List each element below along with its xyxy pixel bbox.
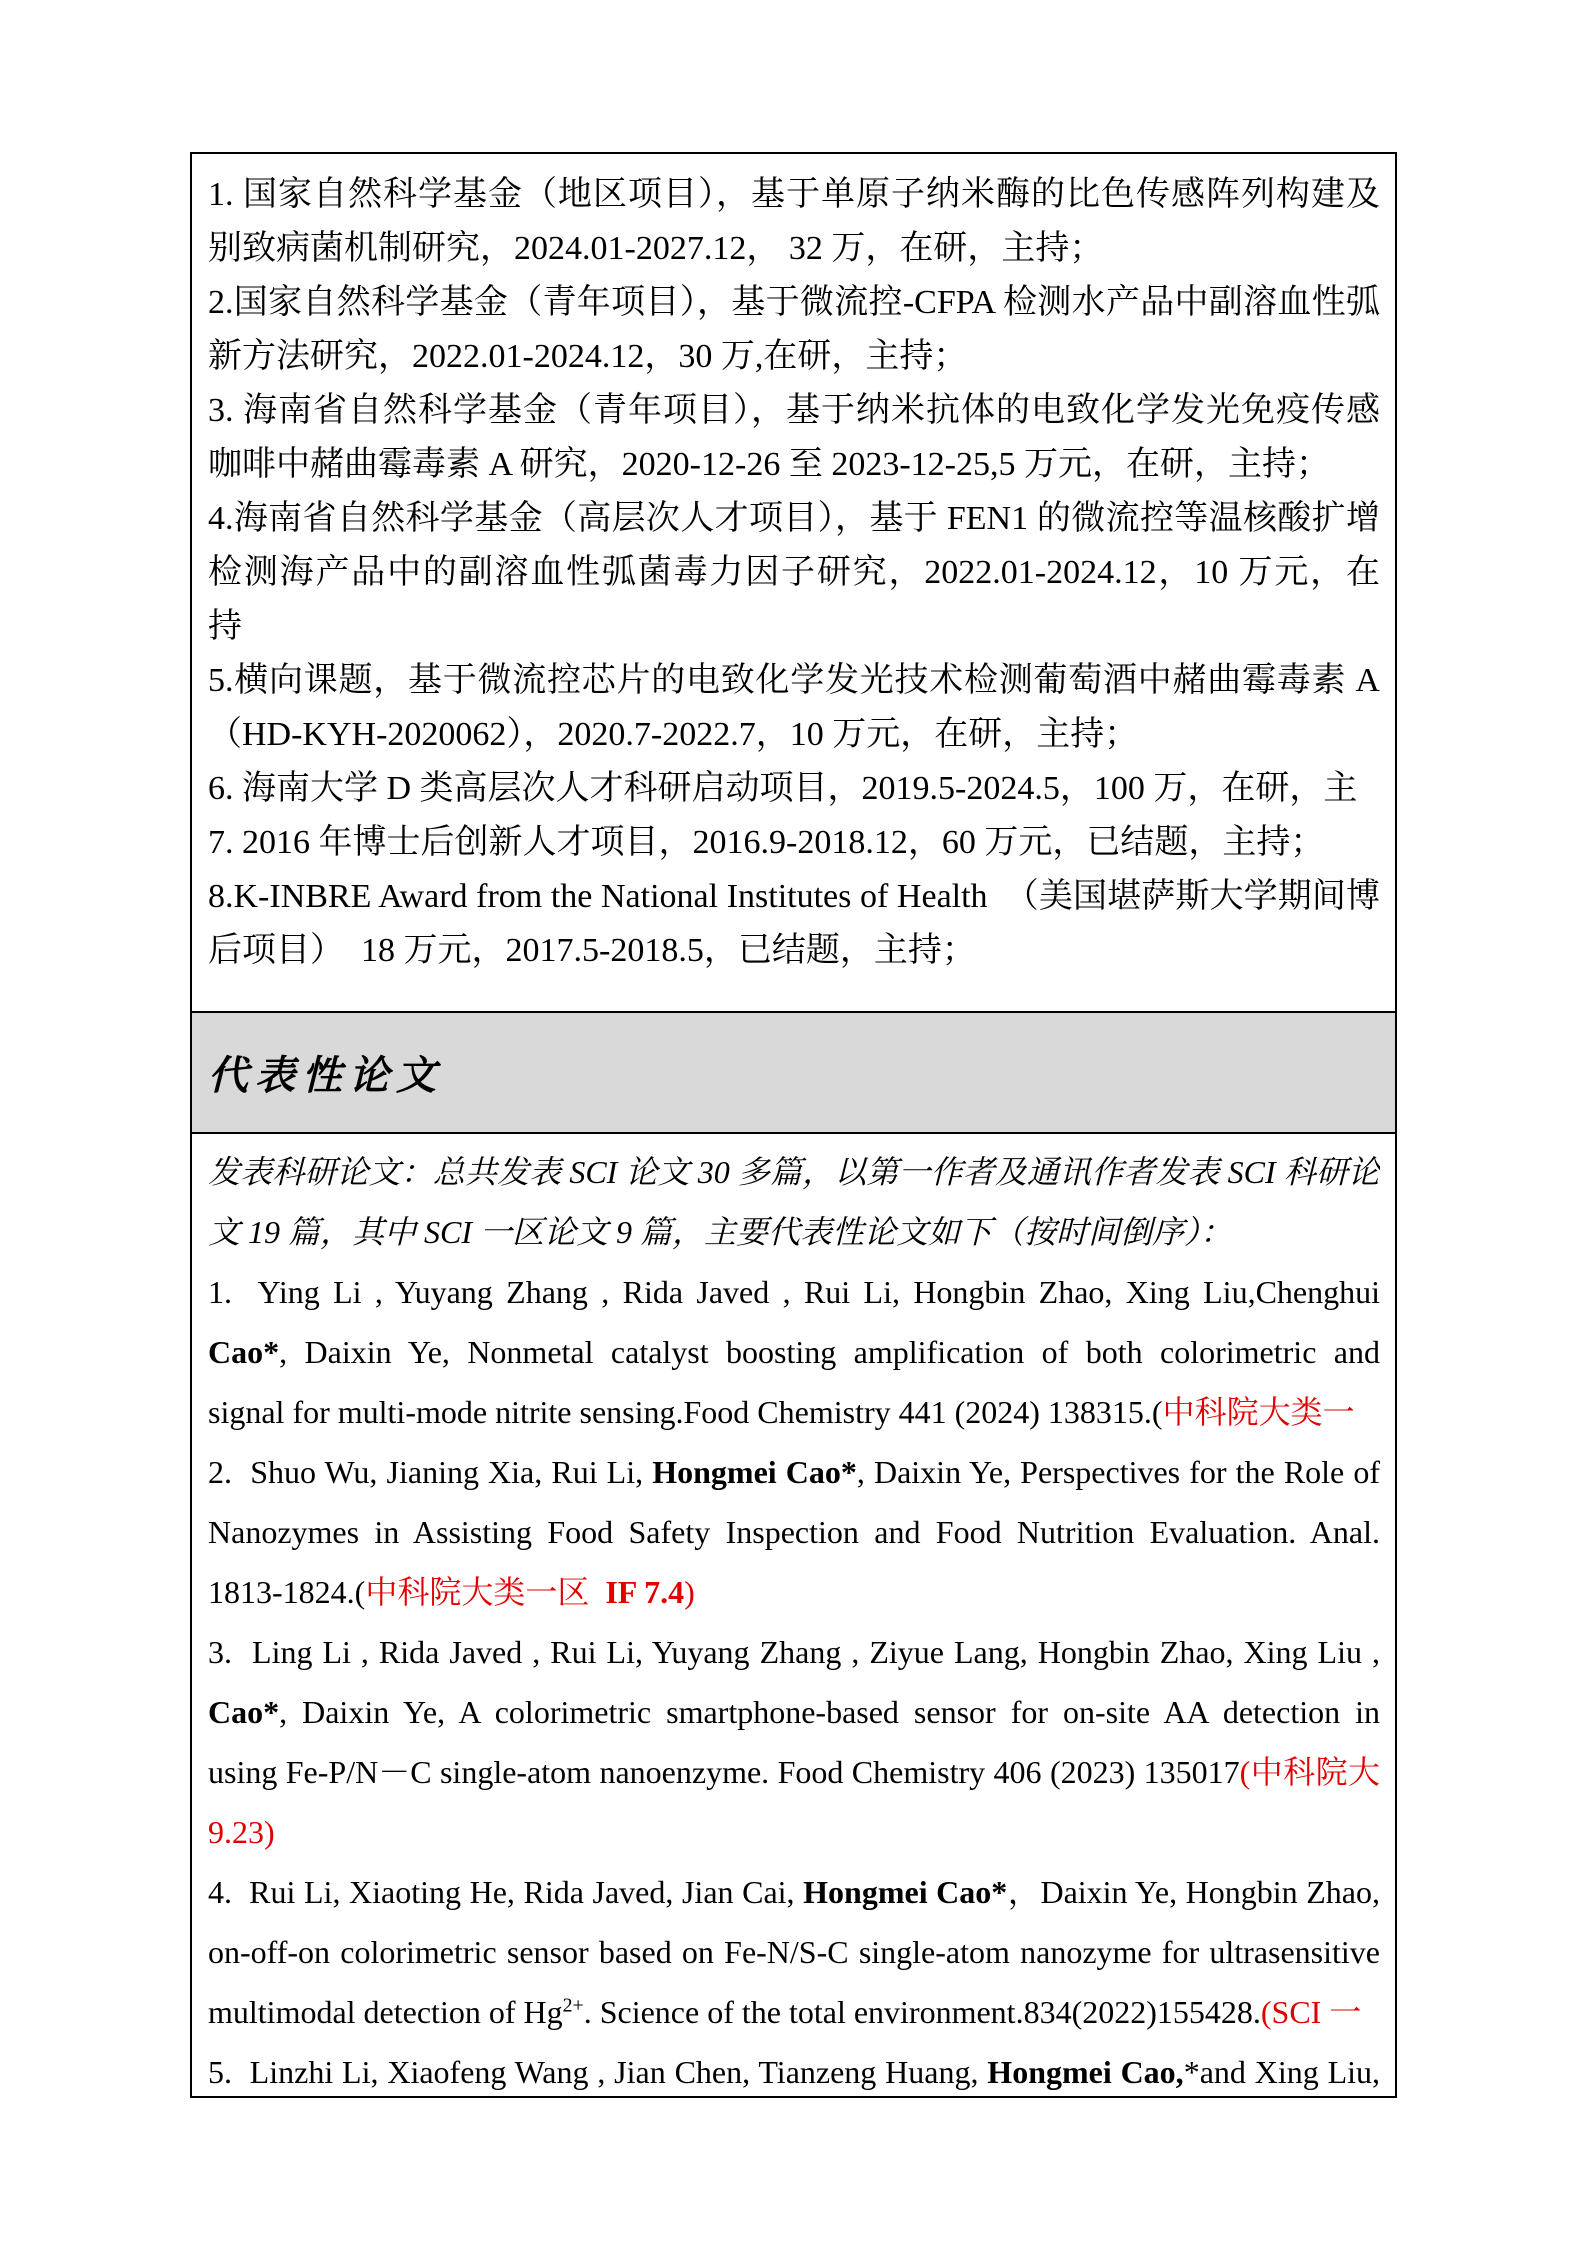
text-line: Cao*, Daixin Ye, Nonmetal catalyst boost… [208, 1322, 1380, 1382]
text-segment: Hongmei Cao, [987, 2054, 1183, 2090]
text-segment: 6. 海南大学 D 类高层次人才科研启动项目，2019.5-2024.5，100… [208, 770, 1357, 816]
text-segment: 3. Ling Li , Rida Javed , Rui Li, Yuyang… [208, 1634, 1380, 1670]
text-line: 8.K-INBRE Award from the National Instit… [208, 870, 1380, 924]
text-segment: 2. Shuo Wu, Jianing Xia, Rui Li, [208, 1454, 652, 1490]
text-segment: 文 19 篇，其中 SCI 一区论文 9 篇，主要代表性论文如下（按时间倒序）： [208, 1214, 1232, 1250]
text-segment: using Fe-P/N－C single-atom nanoenzyme. F… [208, 1754, 1240, 1790]
text-line: 2.国家自然科学基金（青年项目），基于微流控-CFPA 检测水产品中副溶血性弧菌… [208, 276, 1380, 330]
text-segment: 8.K-INBRE Award from the National Instit… [208, 878, 1380, 924]
text-line: 咖啡中赭曲霉毒素 A 研究，2020-12-26 至 2023-12-25,5 … [208, 438, 1380, 492]
text-segment: 2+ [563, 1994, 584, 2016]
text-segment: 1813-1824.( [208, 1574, 365, 1610]
text-line: Nanozymes in Assisting Food Safety Inspe… [208, 1502, 1380, 1562]
text-line: 1. 国家自然科学基金（地区项目），基于单原子纳米酶的比色传感阵列构建及精准识 [208, 168, 1380, 222]
text-segment: 1. 国家自然科学基金（地区项目），基于单原子纳米酶的比色传感阵列构建及精准识 [208, 176, 1380, 222]
text-segment: 3. 海南省自然科学基金（青年项目），基于纳米抗体的电致化学发光免疫传感器检测 [208, 392, 1380, 438]
text-segment: Hongmei Cao* [803, 1874, 1007, 1910]
text-segment: , Daixin Ye, A colorimetric smartphone-b… [208, 1694, 1380, 1742]
text-line: 后项目） 18 万元，2017.5-2018.5，已结题，主持； [208, 924, 1380, 978]
text-segment: 发表科研论文：总共发表 SCI 论文 30 多篇，以第一作者及通讯作者发表 SC… [208, 1154, 1380, 1190]
text-segment: 5. Linzhi Li, Xiaofeng Wang , Jian Chen,… [208, 2054, 987, 2090]
text-segment: . Science of the total environment.834(2… [584, 1994, 1261, 2030]
highlight-red-text: IF 7.4 [605, 1574, 684, 1610]
text-segment: , Daixin Ye, Nonmetal catalyst boosting … [208, 1334, 1380, 1382]
text-line: 2. Shuo Wu, Jianing Xia, Rui Li, Hongmei… [208, 1442, 1380, 1502]
text-line: 3. 海南省自然科学基金（青年项目），基于纳米抗体的电致化学发光免疫传感器检测 [208, 384, 1380, 438]
text-line: （HD-KYH-2020062），2020.7-2022.7，10 万元，在研，… [208, 708, 1380, 762]
highlight-red-text: ) [684, 1574, 695, 1610]
text-segment: （HD-KYH-2020062），2020.7-2022.7，10 万元，在研，… [208, 716, 1138, 753]
document-page: { "colors": { "red": "#e00000", "band_bg… [0, 0, 1586, 2245]
text-segment: 7. 2016 年博士后创新人才项目，2016.9-2018.12，60 万元，… [208, 824, 1324, 861]
text-line: 1. Ying Li , Yuyang Zhang , Rida Javed ,… [208, 1262, 1380, 1322]
text-segment: 新方法研究，2022.01-2024.12，30 万,在研，主持； [208, 338, 967, 375]
text-line: 3. Ling Li , Rida Javed , Rui Li, Yuyang… [208, 1622, 1380, 1682]
text-segment: Nanozymes in Assisting Food Safety Inspe… [208, 1514, 1380, 1562]
text-segment: Cao* [208, 1334, 279, 1370]
text-segment: 2.国家自然科学基金（青年项目），基于微流控-CFPA 检测水产品中副溶血性弧菌… [208, 284, 1380, 330]
text-line: 文 19 篇，其中 SCI 一区论文 9 篇，主要代表性论文如下（按时间倒序）： [208, 1202, 1380, 1262]
text-segment: 咖啡中赭曲霉毒素 A 研究，2020-12-26 至 2023-12-25,5 … [208, 446, 1330, 483]
text-segment: 别致病菌机制研究，2024.01-2027.12， 32 万，在研，主持； [208, 230, 1103, 267]
text-line: 7. 2016 年博士后创新人才项目，2016.9-2018.12，60 万元，… [208, 816, 1380, 870]
papers-cell: 发表科研论文：总共发表 SCI 论文 30 多篇，以第一作者及通讯作者发表 SC… [192, 1134, 1395, 2096]
section-title: 代表性论文 [208, 1044, 443, 1101]
text-segment: 1. Ying Li , Yuyang Zhang , Rida Javed ,… [208, 1274, 1380, 1322]
text-segment: 4.海南省自然科学基金（高层次人才项目），基于 FEN1 的微流控等温核酸扩增技… [208, 500, 1380, 546]
text-segment: 5.横向课题，基于微流控芯片的电致化学发光技术检测葡萄酒中赭曲霉毒素 A 研究 [208, 662, 1380, 708]
section-header-band: 代表性论文 [192, 1011, 1395, 1134]
text-line: 别致病菌机制研究，2024.01-2027.12， 32 万，在研，主持； [208, 222, 1380, 276]
text-segment: multimodal detection of Hg [208, 1994, 563, 2030]
text-line: 4.海南省自然科学基金（高层次人才项目），基于 FEN1 的微流控等温核酸扩增技… [208, 492, 1380, 546]
text-line: 1813-1824.(中科院大类一区 IF 7.4) [208, 1562, 1380, 1622]
text-segment: 检测海产品中的副溶血性弧菌毒力因子研究，2022.01-2024.12，10 万… [208, 554, 1380, 600]
highlight-red-text: 9.23) [208, 1814, 275, 1850]
text-line: on-off-on colorimetric sensor based on F… [208, 1922, 1380, 1982]
cv-table: 1. 国家自然科学基金（地区项目），基于单原子纳米酶的比色传感阵列构建及精准识别… [190, 152, 1397, 2098]
projects-cell: 1. 国家自然科学基金（地区项目），基于单原子纳米酶的比色传感阵列构建及精准识别… [192, 154, 1395, 1011]
text-segment: 4. Rui Li, Xiaoting He, Rida Javed, Jian… [208, 1874, 803, 1910]
text-line: multimodal detection of Hg2+. Science of… [208, 1982, 1380, 2042]
text-line: Cao*, Daixin Ye, A colorimetric smartpho… [208, 1682, 1380, 1742]
text-segment: on-off-on colorimetric sensor based on F… [208, 1934, 1380, 1982]
text-line: 发表科研论文：总共发表 SCI 论文 30 多篇，以第一作者及通讯作者发表 SC… [208, 1142, 1380, 1202]
text-line: 5.横向课题，基于微流控芯片的电致化学发光技术检测葡萄酒中赭曲霉毒素 A 研究 [208, 654, 1380, 708]
text-line: using Fe-P/N－C single-atom nanoenzyme. F… [208, 1742, 1380, 1802]
text-line: 持 [208, 600, 1380, 654]
text-line: 6. 海南大学 D 类高层次人才科研启动项目，2019.5-2024.5，100… [208, 762, 1380, 816]
text-line: 9.23) [208, 1802, 1380, 1862]
text-segment: Hongmei Cao* [652, 1454, 857, 1490]
text-line: 5. Linzhi Li, Xiaofeng Wang , Jian Chen,… [208, 2042, 1380, 2096]
text-line: signal for multi-mode nitrite sensing.Fo… [208, 1382, 1380, 1442]
text-line: 4. Rui Li, Xiaoting He, Rida Javed, Jian… [208, 1862, 1380, 1922]
text-segment: 后项目） 18 万元，2017.5-2018.5，已结题，主持； [208, 932, 976, 969]
text-segment: Cao* [208, 1694, 279, 1730]
text-segment: signal for multi-mode nitrite sensing.Fo… [208, 1394, 1163, 1430]
text-line: 新方法研究，2022.01-2024.12，30 万,在研，主持； [208, 330, 1380, 384]
highlight-red-text: 中科院大类一区 [365, 1574, 605, 1610]
text-line: 检测海产品中的副溶血性弧菌毒力因子研究，2022.01-2024.12，10 万… [208, 546, 1380, 600]
text-segment: 持 [208, 608, 242, 645]
